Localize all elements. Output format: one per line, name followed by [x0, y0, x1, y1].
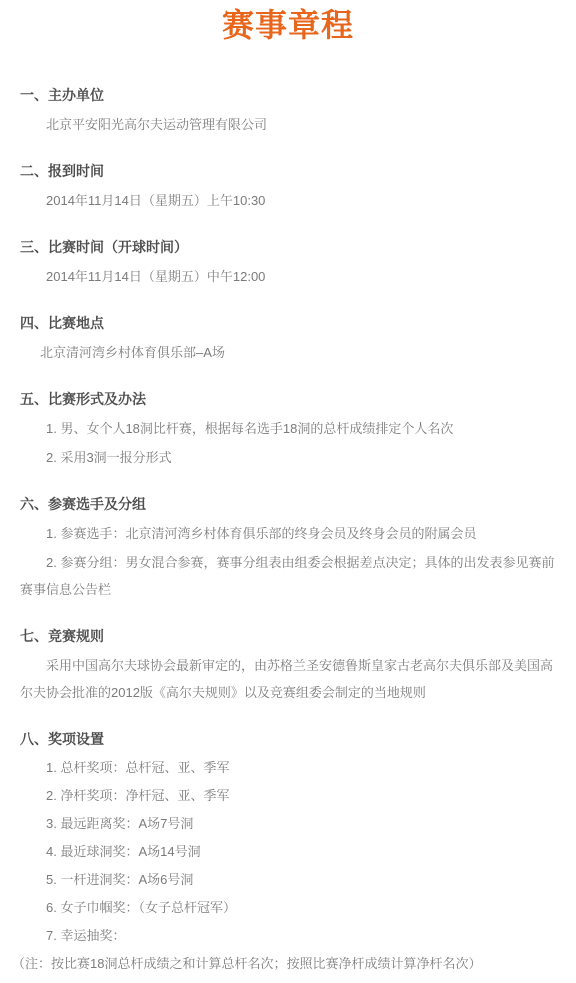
- section-paragraph: 2. 参赛分组：男女混合参赛，赛事分组表由组委会根据差点决定；具体的出发表参见赛…: [20, 549, 556, 603]
- section-organizer: 一、主办单位 北京平安阳光高尔夫运动管理有限公司: [20, 82, 556, 138]
- section-paragraph: 采用中国高尔夫球协会最新审定的，由苏格兰圣安德鲁斯皇家古老高尔夫俱乐部及美国高尔…: [20, 652, 556, 706]
- section-awards: 八、奖项设置 1. 总杆奖项：总杆冠、亚、季军 2. 净杆奖项：净杆冠、亚、季军…: [20, 726, 556, 977]
- section-match-time: 三、比赛时间（开球时间） 2014年11月14日（星期五）中午12:00: [20, 234, 556, 290]
- section-heading: 八、奖项设置: [20, 726, 556, 753]
- award-item: 3. 最远距离奖：A场7号洞: [20, 811, 556, 837]
- section-paragraph: 1. 男、女个人18洞比杆赛，根据每名选手18洞的总杆成绩排定个人名次: [20, 415, 556, 442]
- section-heading: 一、主办单位: [20, 82, 556, 109]
- award-item: 7. 幸运抽奖：: [20, 923, 556, 949]
- award-item: 6. 女子巾帼奖：（女子总杆冠军）: [20, 895, 556, 921]
- section-rules: 七、竞赛规则 采用中国高尔夫球协会最新审定的，由苏格兰圣安德鲁斯皇家古老高尔夫俱…: [20, 623, 556, 706]
- section-heading: 七、竞赛规则: [20, 623, 556, 650]
- section-heading: 五、比赛形式及办法: [20, 386, 556, 413]
- section-paragraph: 2014年11月14日（星期五）上午10:30: [20, 187, 556, 214]
- section-heading: 三、比赛时间（开球时间）: [20, 234, 556, 261]
- document: 赛事章程 一、主办单位 北京平安阳光高尔夫运动管理有限公司 二、报到时间 201…: [0, 0, 576, 977]
- section-format: 五、比赛形式及办法 1. 男、女个人18洞比杆赛，根据每名选手18洞的总杆成绩排…: [20, 386, 556, 471]
- award-item: 5. 一杆进洞奖：A场6号洞: [20, 867, 556, 893]
- award-item: 4. 最近球洞奖：A场14号洞: [20, 839, 556, 865]
- section-heading: 六、参赛选手及分组: [20, 491, 556, 518]
- section-heading: 四、比赛地点: [20, 310, 556, 337]
- award-item: 1. 总杆奖项：总杆冠、亚、季军: [20, 755, 556, 781]
- section-paragraph: 北京平安阳光高尔夫运动管理有限公司: [20, 111, 556, 138]
- section-heading: 二、报到时间: [20, 158, 556, 185]
- section-paragraph: 北京清河湾乡村体育俱乐部–A场: [20, 339, 556, 366]
- section-paragraph: 1. 参赛选手：北京清河湾乡村体育俱乐部的终身会员及终身会员的附属会员: [20, 520, 556, 547]
- section-players-grouping: 六、参赛选手及分组 1. 参赛选手：北京清河湾乡村体育俱乐部的终身会员及终身会员…: [20, 491, 556, 603]
- section-venue: 四、比赛地点 北京清河湾乡村体育俱乐部–A场: [20, 310, 556, 366]
- award-item: 2. 净杆奖项：净杆冠、亚、季军: [20, 783, 556, 809]
- section-checkin-time: 二、报到时间 2014年11月14日（星期五）上午10:30: [20, 158, 556, 214]
- note-line: （注：按比赛18洞总杆成绩之和计算总杆名次；按照比赛净杆成绩计算净杆名次）: [12, 951, 556, 977]
- section-paragraph: 2. 采用3洞一报分形式: [20, 444, 556, 471]
- page-title: 赛事章程: [20, 6, 556, 44]
- section-paragraph: 2014年11月14日（星期五）中午12:00: [20, 263, 556, 290]
